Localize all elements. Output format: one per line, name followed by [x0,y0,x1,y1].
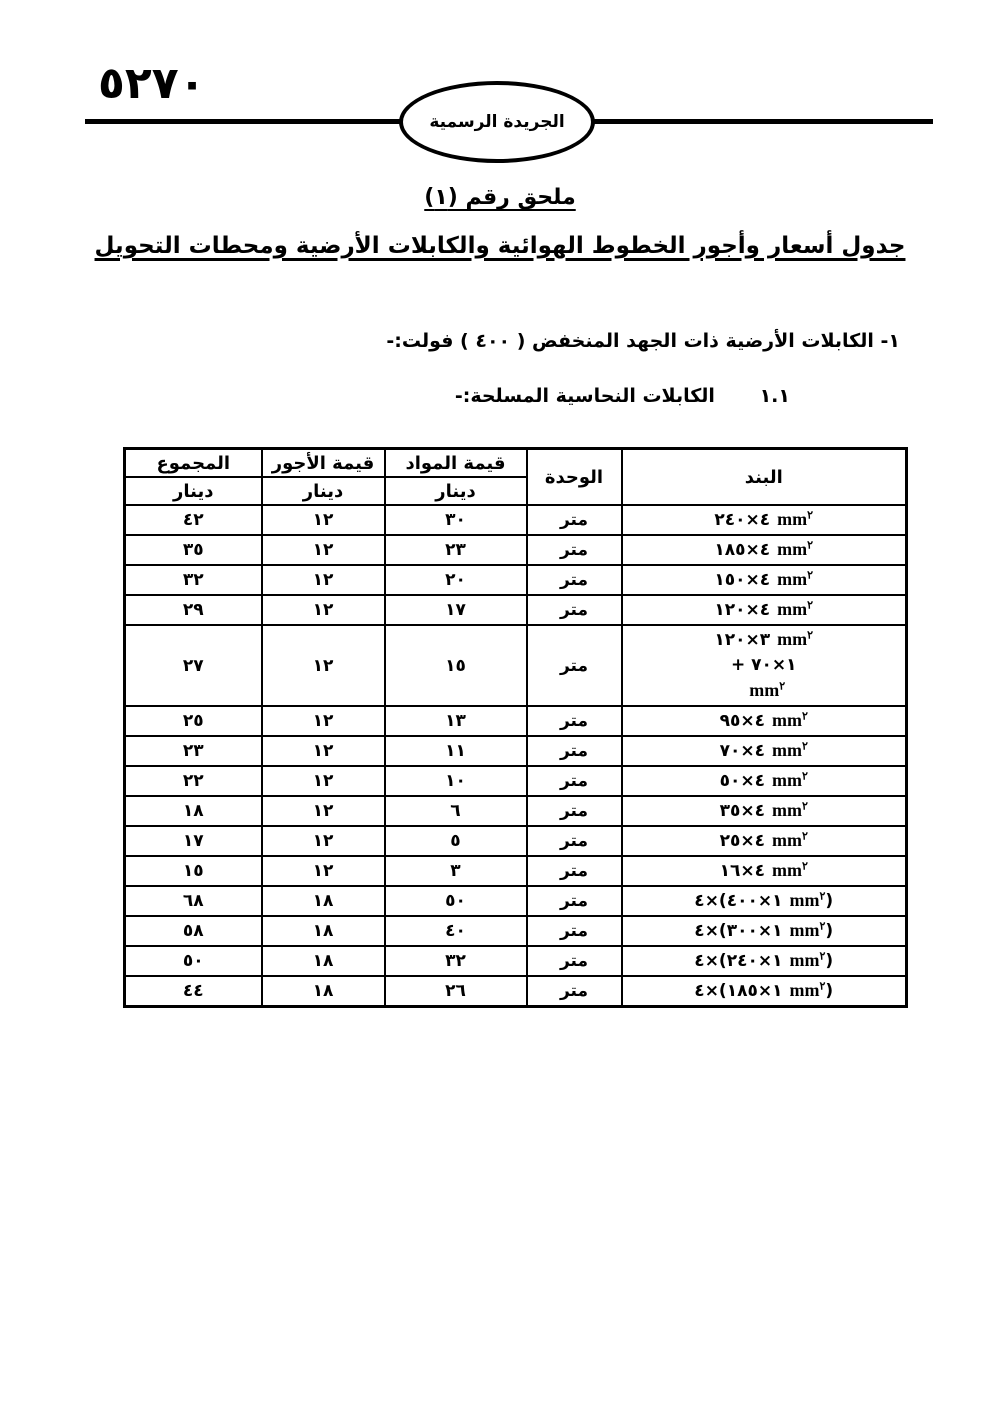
item-cell: ٤×(١×٣٠٠mm٢) [622,916,907,946]
item-superscript: ٢ [802,830,808,842]
total-cell: ٤٢ [125,505,262,535]
item-mm-unit: mm [772,860,802,880]
section-1-1-label: الكابلات النحاسية المسلحة:- [455,385,715,407]
item-close-paren: ) [825,891,833,911]
item-mm-unit: mm [777,569,807,589]
wages-cell: ١٢ [262,796,385,826]
item-cell: ٤×١٥٠mm٢ [622,565,907,595]
table-row: ٤×(١×٢٤٠mm٢)متر٣٢١٨٥٠ [125,946,907,976]
unit-cell: متر [527,766,622,796]
header-item: البند [622,449,907,506]
unit-cell: متر [527,736,622,766]
item-size-text: ٤×٥٠ [720,771,765,791]
item-superscript: ٢ [807,509,813,521]
item-mm-unit: mm [772,800,802,820]
item-superscript: ٢ [802,860,808,872]
materials-cell: ٢٦ [385,976,527,1007]
header-materials: قيمة المواد [385,449,527,478]
price-table: البند الوحدة قيمة المواد قيمة الأجور الم… [123,447,908,1008]
item-line: ٤×١٥٠mm٢ [625,567,904,593]
item-mm-unit: mm [772,830,802,850]
materials-cell: ١٥ [385,625,527,706]
item-cell: ٤×(١×٤٠٠mm٢) [622,886,907,916]
page-number: ٥٢٧٠ [98,62,205,106]
item-line: ٤×٣٥mm٢ [625,798,904,824]
item-superscript: ٢ [802,770,808,782]
wages-cell: ١٢ [262,826,385,856]
materials-cell: ٢٠ [385,565,527,595]
item-size-text: ٤×(١×٢٤٠ [694,951,782,971]
wages-cell: ١٢ [262,535,385,565]
materials-cell: ٥ [385,826,527,856]
total-cell: ٢٢ [125,766,262,796]
total-cell: ٣٥ [125,535,262,565]
item-line: ٤×٥٠mm٢ [625,768,904,794]
item-line: ٤×١٦mm٢ [625,858,904,884]
wages-cell: ١٨ [262,916,385,946]
header-total-currency: دينار [125,477,262,505]
item-superscript: ٢ [802,710,808,722]
item-size-text: ٤×١٥٠ [714,570,770,590]
wages-cell: ١٨ [262,946,385,976]
unit-cell: متر [527,595,622,625]
unit-cell: متر [527,916,622,946]
item-size-text: + ١×٧٠ [731,655,797,675]
item-cell: ٤×(١×٢٤٠mm٢) [622,946,907,976]
materials-cell: ٦ [385,796,527,826]
item-size-text: ٤×٧٠ [720,741,765,761]
total-cell: ٣٢ [125,565,262,595]
item-line: ٤×١٨٥mm٢ [625,537,904,563]
table-row: ٤×٧٠mm٢متر١١١٢٢٣ [125,736,907,766]
item-mm-unit: mm [777,539,807,559]
item-line: ٤×٢٤٠mm٢ [625,507,904,533]
item-size-text: ٤×(١×٤٠٠ [694,891,782,911]
unit-cell: متر [527,505,622,535]
item-cell: ٤×٢٤٠mm٢ [622,505,907,535]
wages-cell: ١٢ [262,766,385,796]
item-cell: ٤×٥٠mm٢ [622,766,907,796]
table-row: ٤×٥٠mm٢متر١٠١٢٢٢ [125,766,907,796]
wages-cell: ١٢ [262,856,385,886]
header-materials-currency: دينار [385,477,527,505]
item-mm-unit: mm [772,770,802,790]
header-wages: قيمة الأجور [262,449,385,478]
materials-cell: ١١ [385,736,527,766]
wages-cell: ١٢ [262,595,385,625]
item-line: ٤×(١×٣٠٠mm٢) [625,918,904,944]
table-row: ٤×١٨٥mm٢متر٢٣١٢٣٥ [125,535,907,565]
item-cell: ٤×٣٥mm٢ [622,796,907,826]
item-superscript: ٢ [802,740,808,752]
item-line: ٤×٩٥mm٢ [625,708,904,734]
wages-cell: ١٢ [262,565,385,595]
materials-cell: ١٠ [385,766,527,796]
item-mm-unit: mm [789,980,819,1000]
unit-cell: متر [527,976,622,1007]
item-close-paren: ) [825,921,833,941]
materials-cell: ٣٠ [385,505,527,535]
unit-cell: متر [527,946,622,976]
materials-cell: ١٧ [385,595,527,625]
item-mm-unit: mm [789,890,819,910]
section-1-heading: ١- الكابلات الأرضية ذات الجهد المنخفض ( … [386,330,900,352]
item-size-text: ٤×٩٥ [720,711,765,731]
total-cell: ١٥ [125,856,262,886]
total-cell: ٥٠ [125,946,262,976]
item-close-paren: ) [825,951,833,971]
document-subtitle: جدول أسعار وأجور الخطوط الهوائية والكابل… [0,233,1000,259]
item-size-text: ٤×٢٤٠ [714,510,770,530]
total-cell: ٢٥ [125,706,262,736]
item-superscript: ٢ [807,569,813,581]
wages-cell: ١٢ [262,625,385,706]
unit-cell: متر [527,796,622,826]
table-row: ٣×١٢٠mm٢+ ١×٧٠mm٢متر١٥١٢٢٧ [125,625,907,706]
total-cell: ٢٧ [125,625,262,706]
item-size-text: ٣×١٢٠ [714,630,770,650]
unit-cell: متر [527,565,622,595]
item-mm-unit: mm [777,509,807,529]
item-cell: ٤×١٦mm٢ [622,856,907,886]
item-line: ٤×٢٥mm٢ [625,828,904,854]
table-body: ٤×٢٤٠mm٢متر٣٠١٢٤٢٤×١٨٥mm٢متر٢٣١٢٣٥٤×١٥٠m… [125,505,907,1007]
item-cell: ٤×١٨٥mm٢ [622,535,907,565]
item-line: ٤×١٢٠mm٢ [625,597,904,623]
wages-cell: ١٨ [262,886,385,916]
item-mm-unit: mm [772,710,802,730]
unit-cell: متر [527,856,622,886]
wages-cell: ١٢ [262,505,385,535]
table-row: ٤×٣٥mm٢متر٦١٢١٨ [125,796,907,826]
item-cell: ٣×١٢٠mm٢+ ١×٧٠mm٢ [622,625,907,706]
table-row: ٤×١٢٠mm٢متر١٧١٢٢٩ [125,595,907,625]
materials-cell: ١٣ [385,706,527,736]
annex-title: ملحق رقم (١) [0,185,1000,210]
materials-cell: ٥٠ [385,886,527,916]
item-line: ٤×(١×٢٤٠mm٢) [625,948,904,974]
header-wages-currency: دينار [262,477,385,505]
item-cell: ٤×(١×١٨٥mm٢) [622,976,907,1007]
item-mm-unit: mm [789,920,819,940]
unit-cell: متر [527,625,622,706]
item-superscript: ٢ [807,539,813,551]
section-1-1-number: ١.١ [760,385,790,407]
item-mm-unit: mm [772,740,802,760]
unit-cell: متر [527,706,622,736]
item-cell: ٤×٧٠mm٢ [622,736,907,766]
materials-cell: ٢٣ [385,535,527,565]
unit-cell: متر [527,535,622,565]
item-size-text: ٤×(١×١٨٥ [694,981,782,1001]
item-cell: ٤×٩٥mm٢ [622,706,907,736]
table-row: ٤×(١×٤٠٠mm٢)متر٥٠١٨٦٨ [125,886,907,916]
item-line: + ١×٧٠ [625,653,904,678]
item-line: ٤×٧٠mm٢ [625,738,904,764]
wages-cell: ١٢ [262,706,385,736]
item-line: mm٢ [625,678,904,704]
gazette-seal: الجريدة الرسمية [399,81,595,163]
item-superscript: ٢ [807,599,813,611]
total-cell: ٥٨ [125,916,262,946]
total-cell: ٢٩ [125,595,262,625]
item-close-paren: ) [825,981,833,1001]
item-line: ٤×(١×١٨٥mm٢) [625,978,904,1004]
item-line: ٣×١٢٠mm٢ [625,627,904,653]
total-cell: ٤٤ [125,976,262,1007]
table-row: ٤×٢٤٠mm٢متر٣٠١٢٤٢ [125,505,907,535]
materials-cell: ٣٢ [385,946,527,976]
table-row: ٤×١٥٠mm٢متر٢٠١٢٣٢ [125,565,907,595]
item-superscript: ٢ [807,629,813,641]
wages-cell: ١٢ [262,736,385,766]
item-cell: ٤×١٢٠mm٢ [622,595,907,625]
table-row: ٤×(١×٣٠٠mm٢)متر٤٠١٨٥٨ [125,916,907,946]
item-mm-unit: mm [789,950,819,970]
total-cell: ٦٨ [125,886,262,916]
materials-cell: ٣ [385,856,527,886]
item-size-text: ٤×٢٥ [720,831,765,851]
section-1-1-heading: ١.١ الكابلات النحاسية المسلحة:- [455,385,790,407]
table-row: ٤×١٦mm٢متر٣١٢١٥ [125,856,907,886]
table-row: ٤×٢٥mm٢متر٥١٢١٧ [125,826,907,856]
item-mm-unit: mm [777,629,807,649]
gazette-name: الجريدة الرسمية [429,112,564,132]
header-total: المجموع [125,449,262,478]
unit-cell: متر [527,826,622,856]
total-cell: ٢٣ [125,736,262,766]
item-line: ٤×(١×٤٠٠mm٢) [625,888,904,914]
item-size-text: ٤×٣٥ [720,801,765,821]
table-header: البند الوحدة قيمة المواد قيمة الأجور الم… [125,449,907,506]
total-cell: ١٨ [125,796,262,826]
unit-cell: متر [527,886,622,916]
wages-cell: ١٨ [262,976,385,1007]
item-superscript: ٢ [802,800,808,812]
header-unit: الوحدة [527,449,622,506]
item-size-text: ٤×١٢٠ [714,600,770,620]
table-row: ٤×٩٥mm٢متر١٣١٢٢٥ [125,706,907,736]
item-superscript: ٢ [779,680,785,692]
item-size-text: ٤×١٨٥ [714,540,770,560]
item-mm-unit: mm [749,680,779,700]
item-cell: ٤×٢٥mm٢ [622,826,907,856]
item-mm-unit: mm [777,599,807,619]
gazette-page: ٥٢٧٠ الجريدة الرسمية ملحق رقم (١) جدول أ… [0,0,1000,1413]
item-size-text: ٤×(١×٣٠٠ [694,921,782,941]
total-cell: ١٧ [125,826,262,856]
materials-cell: ٤٠ [385,916,527,946]
table-row: ٤×(١×١٨٥mm٢)متر٢٦١٨٤٤ [125,976,907,1007]
item-size-text: ٤×١٦ [720,861,765,881]
